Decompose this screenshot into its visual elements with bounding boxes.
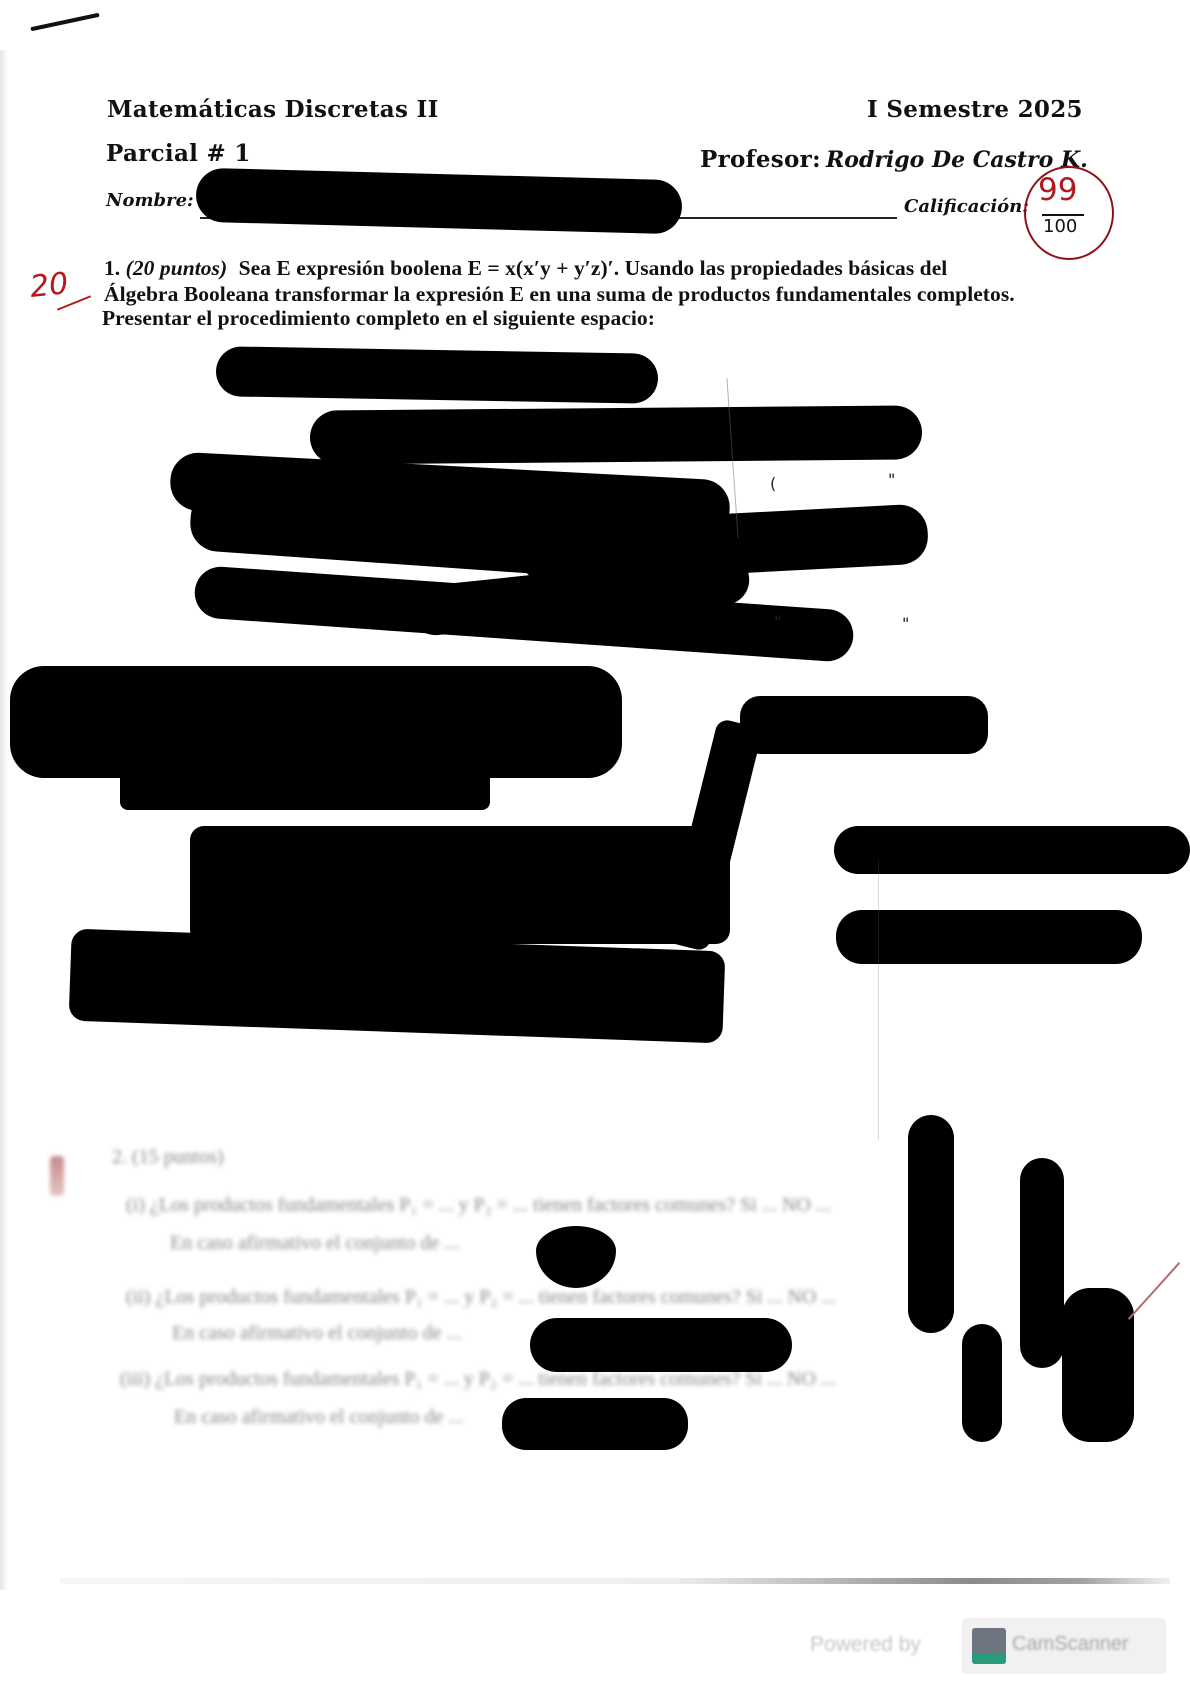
grade-total: 100 xyxy=(1043,216,1077,237)
redaction-block-10 xyxy=(190,826,730,944)
pen-mark-quote-1: " xyxy=(774,612,781,631)
redaction-block-13 xyxy=(69,929,726,1044)
q2-item-2-sub: En caso afirmativo el conjunto de ... xyxy=(172,1322,461,1345)
pen-mark-small: ( xyxy=(770,474,776,493)
camscanner-brand: CamScanner xyxy=(1012,1633,1129,1656)
q2-header: 2. (15 puntos) xyxy=(112,1146,224,1169)
exam-title: Parcial # 1 xyxy=(106,140,251,167)
redaction-q2-5 xyxy=(1020,1158,1064,1368)
pen-faint-line xyxy=(878,860,879,1140)
redaction-block-15 xyxy=(836,910,1142,964)
redaction-name xyxy=(195,168,682,235)
q1-points: (20 puntos) xyxy=(126,256,228,280)
powered-by-text: Powered by xyxy=(810,1633,921,1657)
q1-line-2: Álgebra Booleana transformar la expresió… xyxy=(104,282,1015,307)
grade-label: Calificación: xyxy=(904,196,1029,217)
course-title: Matemáticas Discretas II xyxy=(107,96,439,123)
professor-label: Profesor: xyxy=(700,146,821,173)
pen-marks-right: " xyxy=(888,470,895,489)
redaction-q2-6 xyxy=(962,1324,1002,1442)
q1-number: 1. xyxy=(104,256,120,280)
q2-check-stroke xyxy=(1128,1262,1180,1320)
professor-name: Rodrigo De Castro K. xyxy=(826,147,1088,173)
q2-item-1-sub: En caso afirmativo el conjunto de ... xyxy=(170,1232,459,1255)
redaction-q2-7 xyxy=(1062,1288,1134,1442)
redaction-block-9 xyxy=(120,750,490,810)
semester-label: I Semestre 2025 xyxy=(867,96,1083,123)
page-edge-shadow xyxy=(0,50,8,1590)
camscanner-logo-icon xyxy=(972,1628,1006,1664)
q2-red-mark xyxy=(50,1156,64,1196)
redaction-q2-3 xyxy=(502,1398,688,1450)
q1-text-1: Sea E expresión boolena E = x(x′y + y′z)… xyxy=(239,256,948,280)
name-label: Nombre: xyxy=(106,190,194,211)
redaction-q2-2 xyxy=(530,1318,792,1372)
q1-line-1: 1. (20 puntos) Sea E expresión boolena E… xyxy=(104,256,947,281)
q2-item-1: (i) ¿Los productos fundamentales P₁ = ..… xyxy=(126,1194,831,1217)
redaction-q2-4 xyxy=(908,1115,954,1333)
pen-mark-quote-2: " xyxy=(902,614,909,633)
redaction-block-11 xyxy=(740,696,988,754)
redaction-block-14 xyxy=(834,826,1190,874)
professor-line: Profesor: Rodrigo De Castro K. xyxy=(700,146,1088,173)
redaction-q2-1 xyxy=(536,1226,616,1288)
q2-item-2: (ii) ¿Los productos fundamentales P₁ = .… xyxy=(126,1286,836,1309)
page-bottom-edge xyxy=(60,1578,1170,1584)
q1-awarded-score: 20 xyxy=(28,266,70,305)
pen-stroke-mark xyxy=(30,13,99,31)
q1-line-3: Presentar el procedimiento completo en e… xyxy=(102,306,655,331)
grade-score: 99 xyxy=(1038,172,1077,208)
q2-item-3-sub: En caso afirmativo el conjunto de ... xyxy=(174,1406,463,1429)
redaction-answer-1 xyxy=(216,346,659,404)
redaction-answer-2 xyxy=(310,405,922,464)
